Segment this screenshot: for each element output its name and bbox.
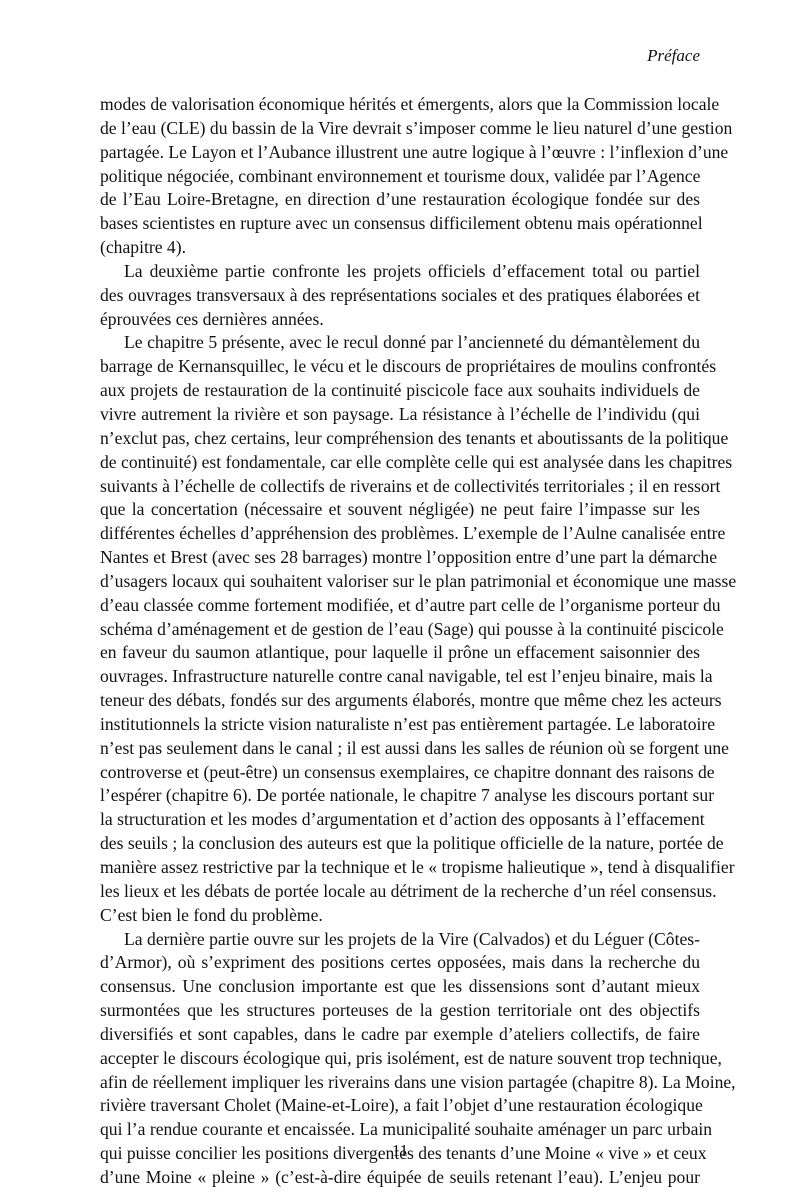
text-line: Nantes et Brest (avec ses 28 barrages) m… <box>100 546 700 570</box>
text-line: surmontées que les structures porteuses … <box>100 999 700 1023</box>
text-line: aux projets de restauration de la contin… <box>100 379 700 403</box>
text-line: de l’eau (CLE) du bassin de la Vire devr… <box>100 117 700 141</box>
page-number: 11 <box>0 1141 800 1161</box>
text-line: des seuils ; la conclusion des auteurs e… <box>100 832 700 856</box>
text-line: suivants à l’échelle de collectifs de ri… <box>100 475 700 499</box>
text-line: controverse et (peut-être) un consensus … <box>100 761 700 785</box>
text-line: schéma d’aménagement et de gestion de l’… <box>100 618 700 642</box>
text-line: institutionnels la stricte vision natura… <box>100 713 700 737</box>
text-line: diversifiés et sont capables, dans le ca… <box>100 1023 700 1047</box>
text-line: de continuité) est fondamentale, car ell… <box>100 451 700 475</box>
text-line: différentes échelles d’appréhension des … <box>100 522 700 546</box>
text-line: partagée. Le Layon et l’Aubance illustre… <box>100 141 700 165</box>
text-line: d’Armor), où s’expriment des positions c… <box>100 951 700 975</box>
text-line: éprouvées ces dernières années. <box>100 308 700 332</box>
text-line: manière assez restrictive par la techniq… <box>100 856 700 880</box>
text-line: d’usagers locaux qui souhaitent valorise… <box>100 570 700 594</box>
running-head: Préface <box>647 46 700 66</box>
text-line: vivre autrement la rivière et son paysag… <box>100 403 700 427</box>
text-line: n’est pas seulement dans le canal ; il e… <box>100 737 700 761</box>
text-line: C’est bien le fond du problème. <box>100 904 700 928</box>
text-line: teneur des débats, fondés sur des argume… <box>100 689 700 713</box>
paragraph: modes de valorisation économique hérités… <box>100 93 700 260</box>
text-line: bases scientistes en rupture avec un con… <box>100 212 700 236</box>
text-line: de l’Eau Loire-Bretagne, en direction d’… <box>100 188 700 212</box>
text-line: accepter le discours écologique qui, pri… <box>100 1047 700 1071</box>
paragraph: La deuxième partie confronte les projets… <box>100 260 700 332</box>
text-line: qui l’a rendue courante et encaissée. La… <box>100 1118 700 1142</box>
text-line: que la concertation (nécessaire et souve… <box>100 498 700 522</box>
text-line: modes de valorisation économique hérités… <box>100 93 700 117</box>
text-line: Le chapitre 5 présente, avec le recul do… <box>100 331 700 355</box>
text-line: en faveur du saumon atlantique, pour laq… <box>100 641 700 665</box>
text-line: l’espérer (chapitre 6). De portée nation… <box>100 784 700 808</box>
text-line: n’exclut pas, chez certains, leur compré… <box>100 427 700 451</box>
text-line: La deuxième partie confronte les projets… <box>100 260 700 284</box>
text-line: La dernière partie ouvre sur les projets… <box>100 928 700 952</box>
text-line: afin de réellement impliquer les riverai… <box>100 1071 700 1095</box>
text-line: la structuration et les modes d’argument… <box>100 808 700 832</box>
text-line: ouvrages. Infrastructure naturelle contr… <box>100 665 700 689</box>
text-line: consensus. Une conclusion importante est… <box>100 975 700 999</box>
paragraph: Le chapitre 5 présente, avec le recul do… <box>100 331 700 927</box>
body-text: modes de valorisation économique hérités… <box>100 93 700 1190</box>
book-page: Préface modes de valorisation économique… <box>0 0 800 1200</box>
text-line: des ouvrages transversaux à des représen… <box>100 284 700 308</box>
text-line: barrage de Kernansquillec, le vécu et le… <box>100 355 700 379</box>
text-line: politique négociée, combinant environnem… <box>100 165 700 189</box>
text-line: les lieux et les débats de portée locale… <box>100 880 700 904</box>
text-line: d’eau classée comme fortement modifiée, … <box>100 594 700 618</box>
text-line: rivière traversant Cholet (Maine-et-Loir… <box>100 1094 700 1118</box>
text-line: d’une Moine « pleine » (c’est-à-dire équ… <box>100 1166 700 1190</box>
text-line: (chapitre 4). <box>100 236 700 260</box>
